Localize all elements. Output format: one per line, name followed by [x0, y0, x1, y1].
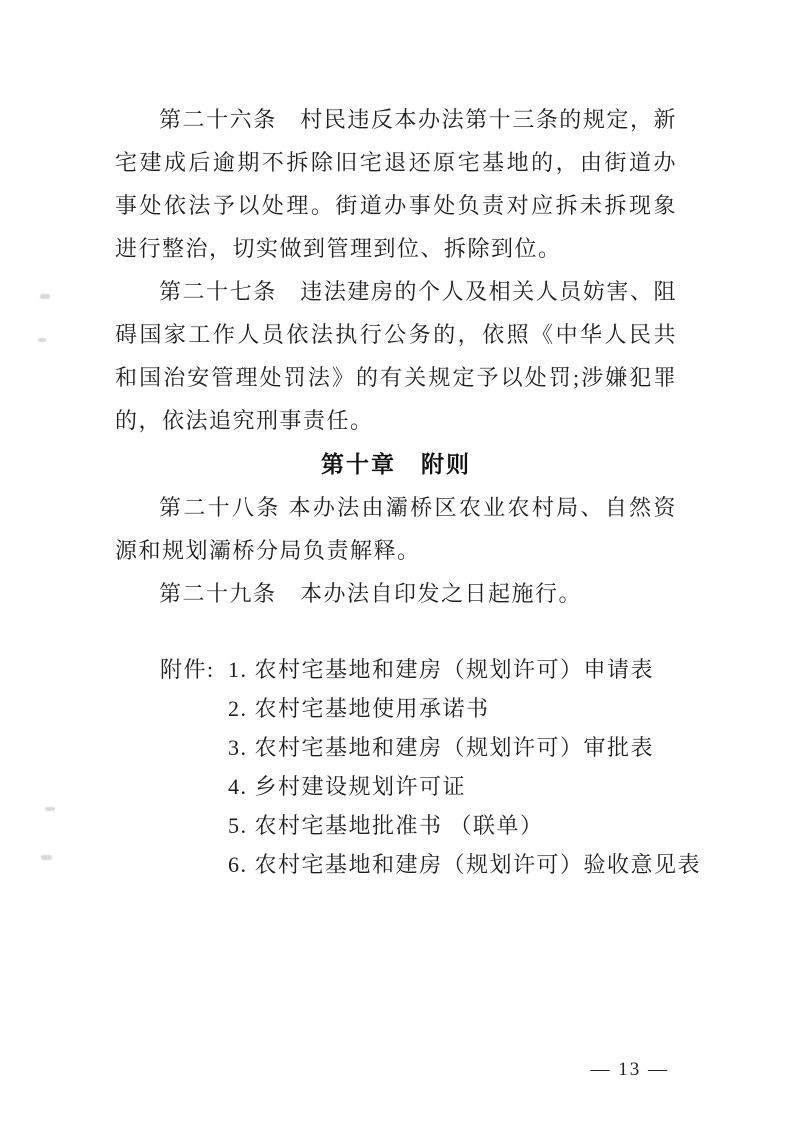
article-28-paragraph: 第二十八条 本办法由灞桥区农业农村局、自然资源和规划灞桥分局负责解释。 [115, 486, 677, 572]
attachment-item-2: 2. 农村宅基地使用承诺书 [228, 689, 701, 728]
attachments-label: 附件: [160, 650, 228, 689]
attachments-block: 附件: 1. 农村宅基地和建房（规划许可）申请表 2. 农村宅基地使用承诺书 3… [160, 650, 677, 884]
scan-artifact [45, 807, 55, 811]
article-26-paragraph: 第二十六条 村民违反本办法第十三条的规定，新宅建成后逾期不拆除旧宅退还原宅基地的… [115, 98, 677, 270]
article-27-paragraph: 第二十七条 违法建房的个人及相关人员妨害、阻碍国家工作人员依法执行公务的，依照《… [115, 270, 677, 442]
document-content: 第二十六条 村民违反本办法第十三条的规定，新宅建成后逾期不拆除旧宅退还原宅基地的… [115, 98, 677, 884]
scan-artifact [40, 294, 50, 299]
chapter-10-heading: 第十章 附则 [115, 443, 677, 486]
attachment-item-5: 5. 农村宅基地批准书 （联单） [228, 806, 701, 845]
attachments-list: 1. 农村宅基地和建房（规划许可）申请表 2. 农村宅基地使用承诺书 3. 农村… [228, 650, 701, 884]
attachment-item-1: 1. 农村宅基地和建房（规划许可）申请表 [228, 650, 701, 689]
scan-artifact [41, 855, 52, 860]
attachment-item-4: 4. 乡村建设规划许可证 [228, 767, 701, 806]
attachment-item-3: 3. 农村宅基地和建房（规划许可）审批表 [228, 728, 701, 767]
article-29-paragraph: 第二十九条 本办法自印发之日起施行。 [115, 572, 677, 615]
page-number: — 13 — [591, 1059, 670, 1081]
scan-artifact [38, 338, 46, 342]
attachment-item-6: 6. 农村宅基地和建房（规划许可）验收意见表 [228, 845, 701, 884]
document-page: 第二十六条 村民违反本办法第十三条的规定，新宅建成后逾期不拆除旧宅退还原宅基地的… [0, 0, 793, 1121]
